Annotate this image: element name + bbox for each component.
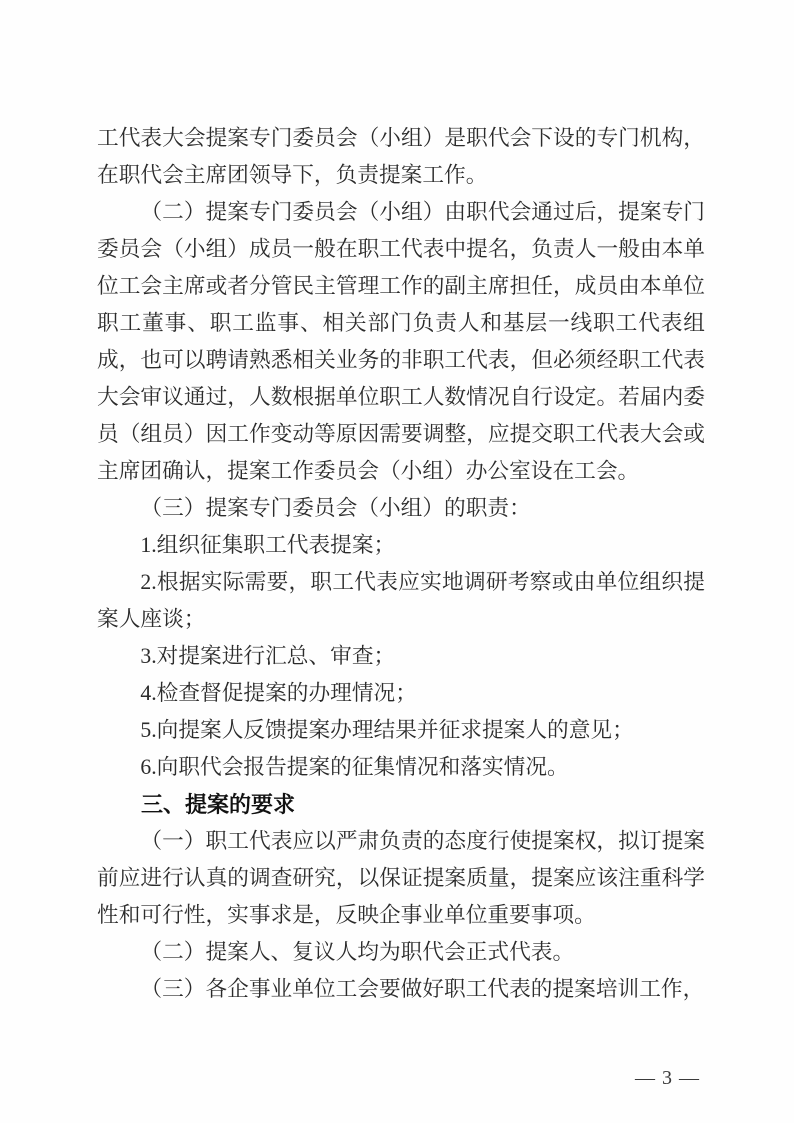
paragraph-item-2: （二）提案专门委员会（小组）由职代会通过后，提案专门委员会（小组）成员一般在职工…	[97, 194, 705, 490]
paragraph-continuation: 工代表大会提案专门委员会（小组）是职代会下设的专门机构，在职代会主席团领导下，负…	[97, 120, 705, 194]
paragraph-requirement-2: （二）提案人、复议人均为职代会正式代表。	[97, 934, 705, 971]
paragraph-item-3: （三）提案专门委员会（小组）的职责：	[97, 490, 705, 527]
paragraph-requirement-3: （三）各企事业单位工会要做好职工代表的提案培训工作，	[97, 971, 705, 1008]
page-number: — 3 —	[635, 1067, 700, 1090]
list-item-5: 5.向提案人反馈提案办理结果并征求提案人的意见；	[97, 712, 705, 749]
list-item-1: 1.组织征集职工代表提案；	[97, 527, 705, 564]
list-item-4: 4.检查督促提案的办理情况；	[97, 675, 705, 712]
list-item-6: 6.向职代会报告提案的征集情况和落实情况。	[97, 749, 705, 786]
list-item-3: 3.对提案进行汇总、审查；	[97, 638, 705, 675]
list-item-2: 2.根据实际需要，职工代表应实地调研考察或由单位组织提案人座谈；	[97, 564, 705, 638]
document-page: 工代表大会提案专门委员会（小组）是职代会下设的专门机构，在职代会主席团领导下，负…	[0, 0, 794, 1123]
section-heading: 三、提案的要求	[97, 786, 705, 823]
document-body: 工代表大会提案专门委员会（小组）是职代会下设的专门机构，在职代会主席团领导下，负…	[97, 120, 705, 1008]
paragraph-requirement-1: （一）职工代表应以严肃负责的态度行使提案权，拟订提案前应进行认真的调查研究，以保…	[97, 823, 705, 934]
